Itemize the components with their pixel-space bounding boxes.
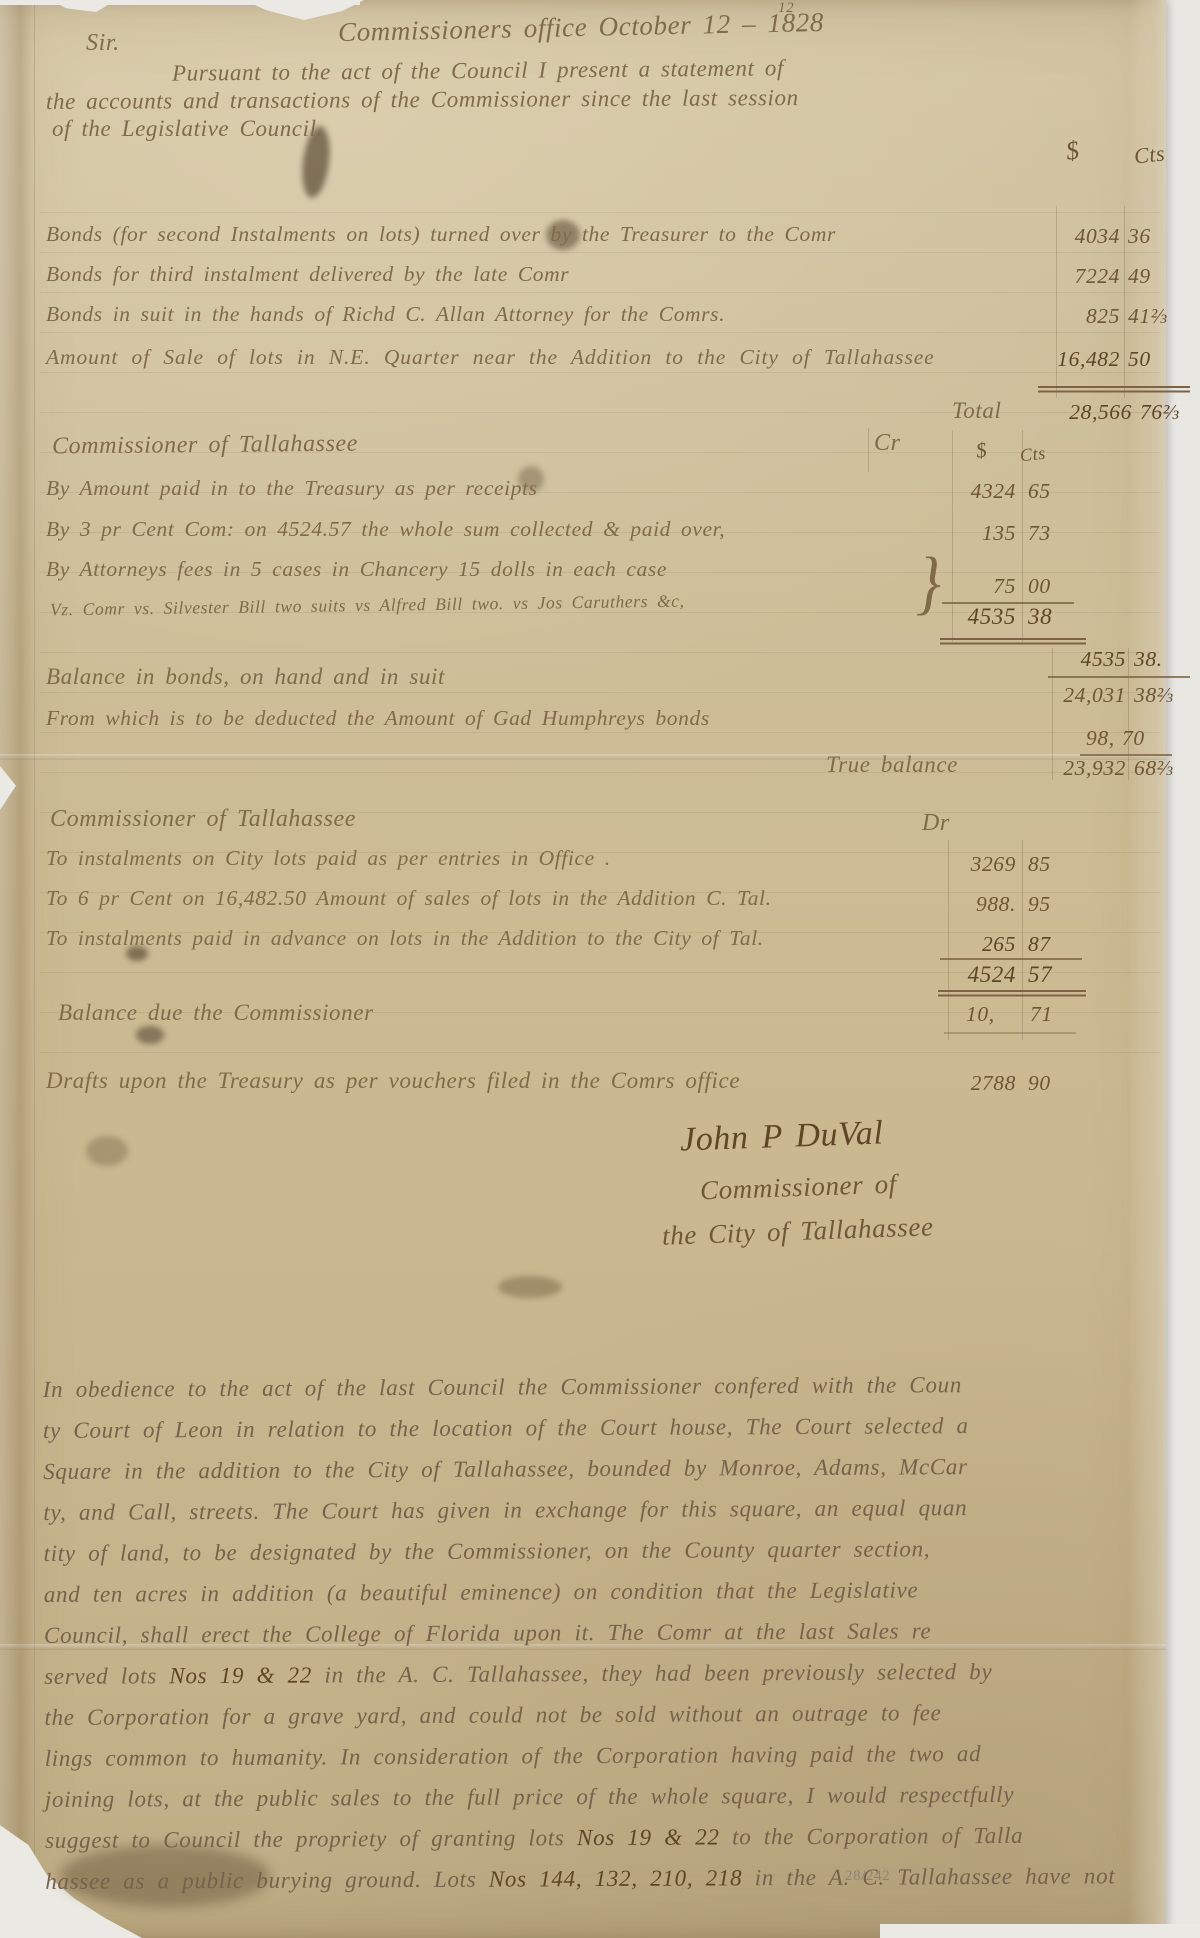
report-line: ty, and Call, streets. The Court has giv… <box>43 1495 967 1525</box>
report-line-emphasis: Nos 19 & 22 <box>577 1824 720 1850</box>
report-line: in the A. C. Tallahassee, they had been … <box>312 1659 992 1688</box>
report-line-emphasis: Nos 19 & 22 <box>169 1663 312 1689</box>
archive-corner-note: 28/242 <box>845 1868 890 1885</box>
document-photo: Commissioners office October 12 – 1828 1… <box>0 0 1200 1938</box>
report-line: in the A. C. Tallahassee have not <box>742 1863 1115 1890</box>
report-line: lings common to humanity. In considerati… <box>45 1741 982 1771</box>
report-paragraph: In obedience to the act of the last Coun… <box>0 0 1200 1938</box>
report-line: to the Corporation of Talla <box>720 1823 1024 1850</box>
report-line: Square in the addition to the City of Ta… <box>43 1454 968 1484</box>
report-line: hassee as a public burying ground. Lots <box>45 1867 489 1894</box>
report-line: and ten acres in addition (a beautiful e… <box>44 1577 919 1607</box>
report-line: served lots <box>44 1663 169 1689</box>
report-line: ty Court of Leon in relation to the loca… <box>43 1413 969 1443</box>
report-line: the Corporation for a grave yard, and co… <box>44 1700 941 1730</box>
report-line: suggest to Council the propriety of gran… <box>45 1825 577 1853</box>
report-line: tity of land, to be designated by the Co… <box>44 1536 931 1566</box>
report-line: Council, shall erect the College of Flor… <box>44 1618 932 1648</box>
report-line: joining lots, at the public sales to the… <box>45 1782 1015 1812</box>
report-line-emphasis: Nos 144, 132, 210, 218 <box>489 1865 743 1891</box>
report-text-block: In obedience to the act of the last Coun… <box>43 1363 1168 1902</box>
report-line: In obedience to the act of the last Coun… <box>43 1372 962 1402</box>
